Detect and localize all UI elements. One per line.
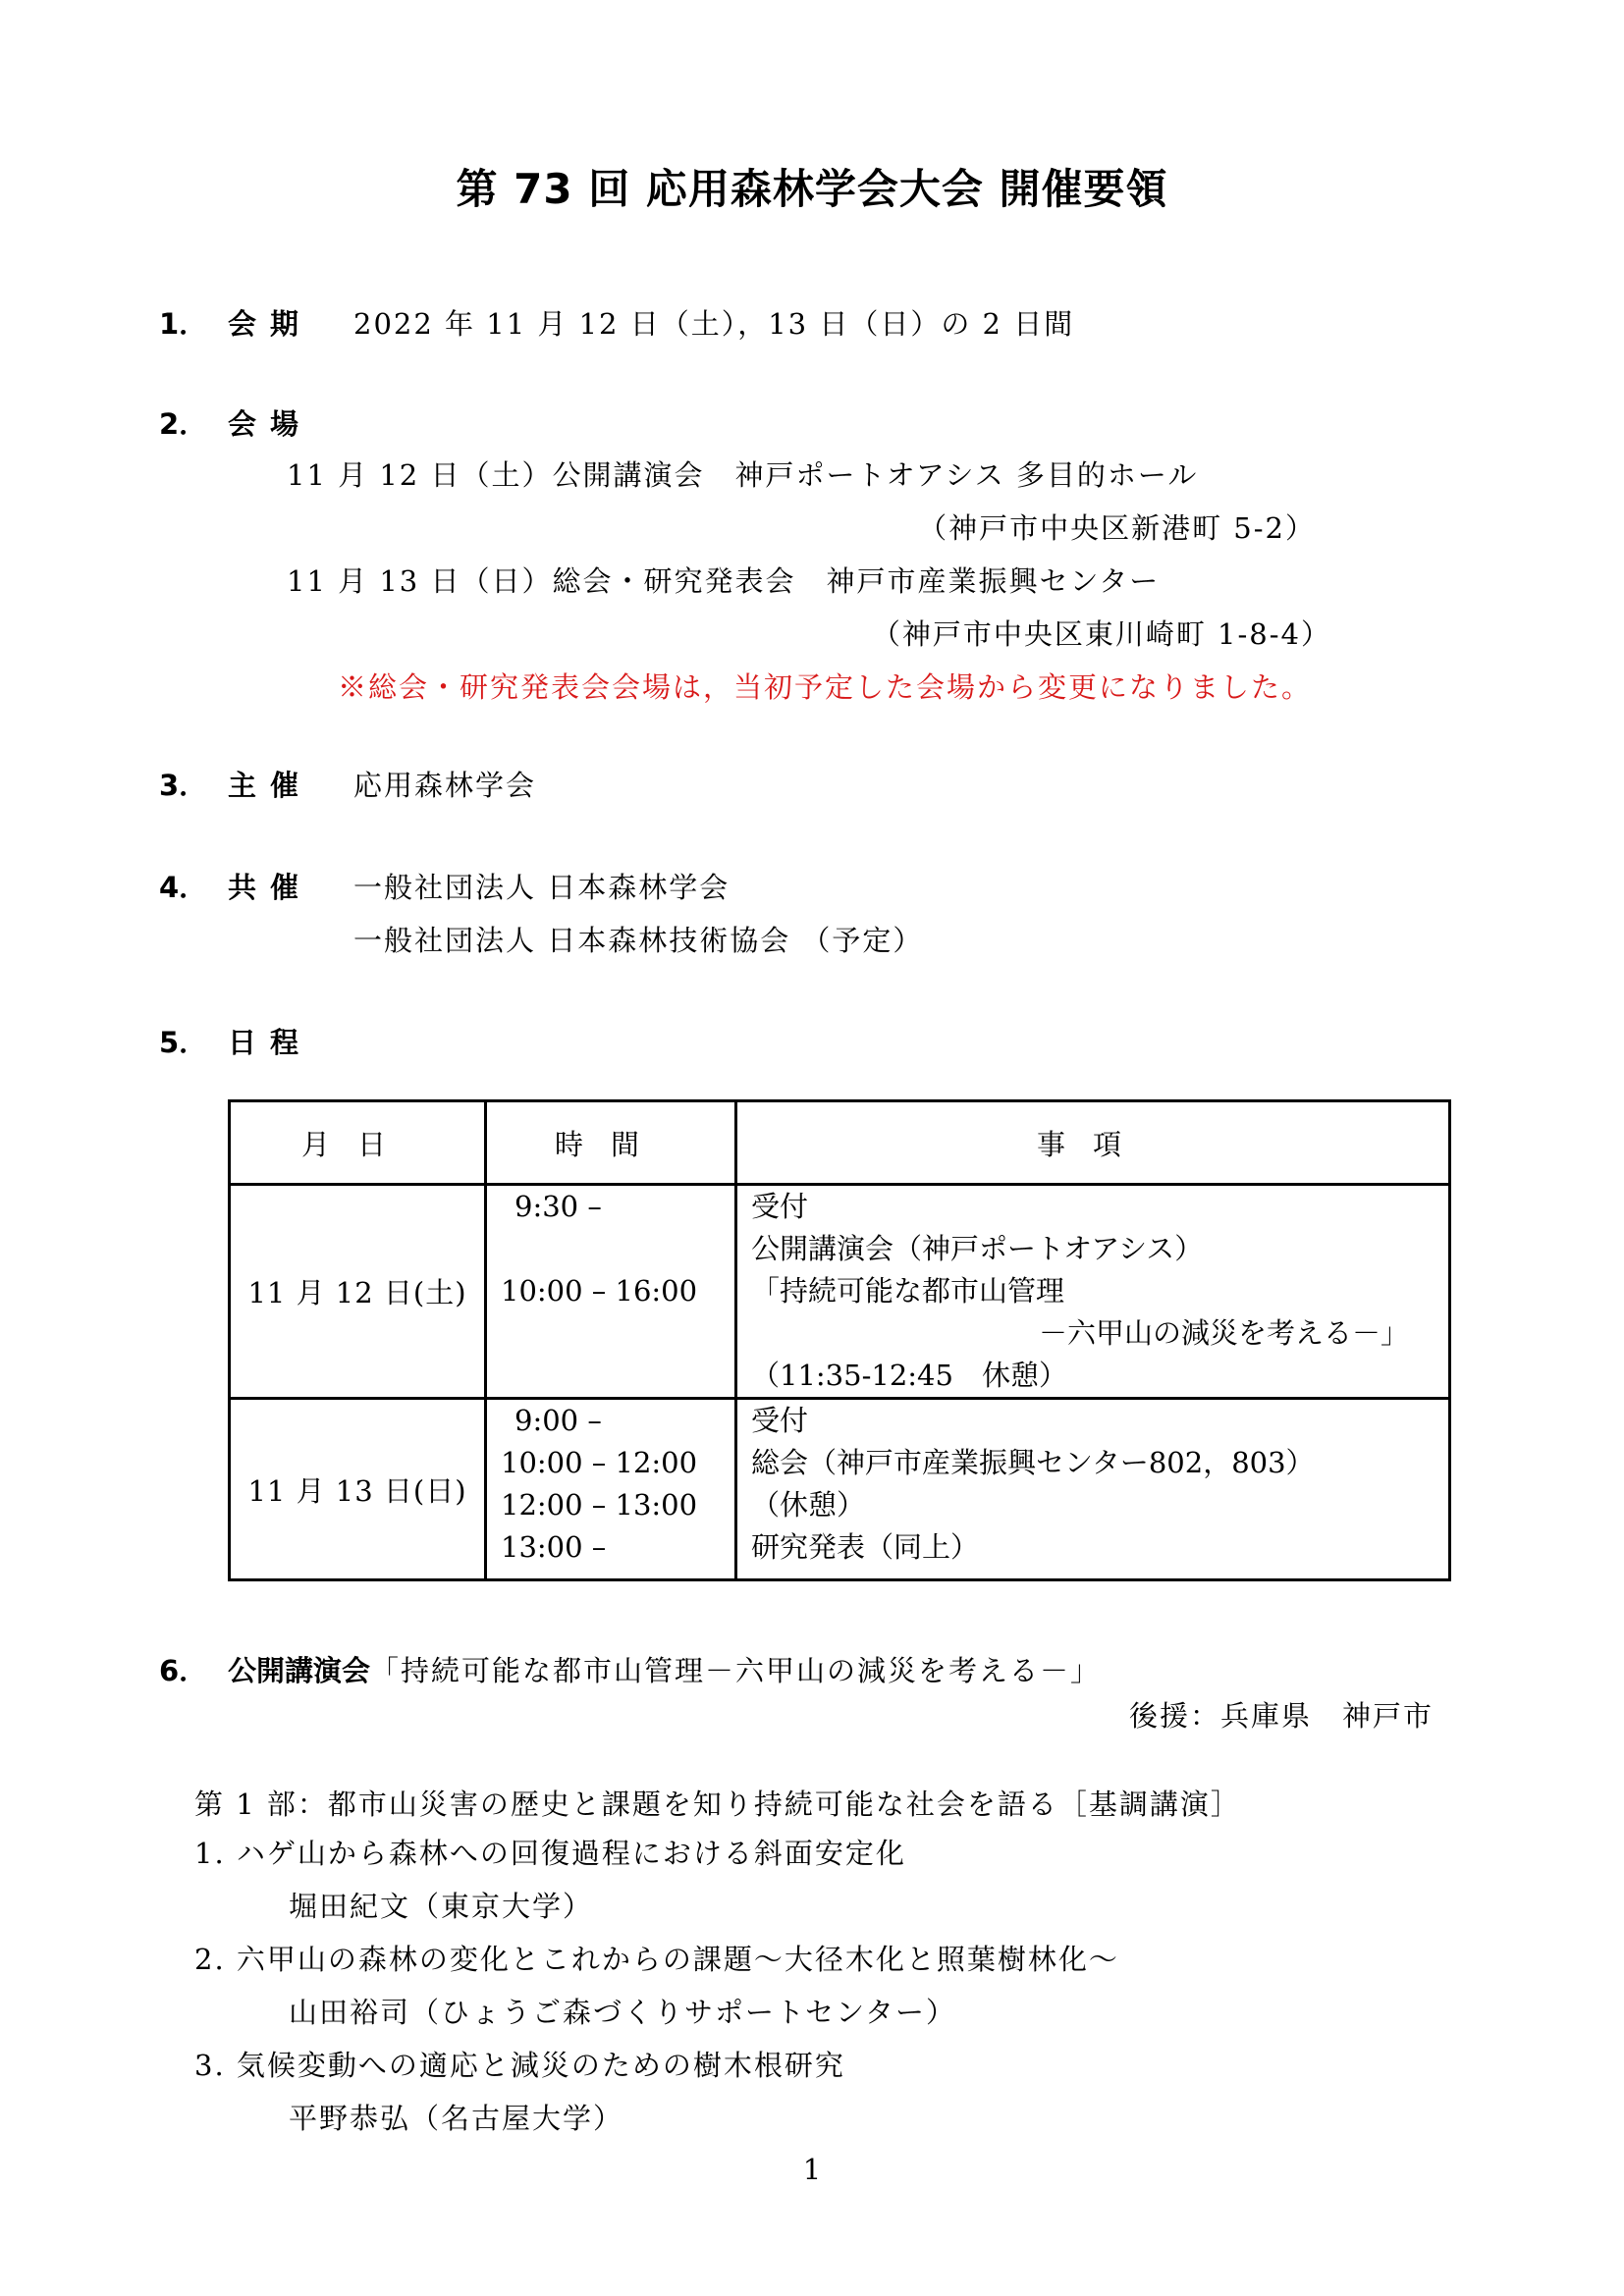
- item-entry: 「持続可能な都市山管理: [751, 1270, 1448, 1312]
- item-entry: （11:35-12:45 休憩）: [751, 1355, 1448, 1397]
- section-2-heading: 2．会場: [159, 402, 312, 443]
- venue-address-2: （神戸市中央区東川崎町 1-8-4）: [0, 613, 1331, 653]
- venue-address-1: （神戸市中央区新港町 5-2）: [0, 507, 1316, 547]
- section-label: 公開講演会: [228, 1654, 370, 1687]
- talk-speaker: 堀田紀文（東京大学）: [289, 1885, 593, 1925]
- section-number: 6．: [159, 1649, 228, 1689]
- item-entry: 受付: [751, 1186, 1448, 1228]
- row-items: 受付 総会（神戸市産業振興センター802，803） （休憩） 研究発表（同上）: [736, 1399, 1450, 1580]
- row-date: 11 月 13 日(日): [230, 1399, 486, 1580]
- time-entry: 12:00 – 13:00: [501, 1484, 734, 1526]
- organizer: 応用森林学会: [353, 769, 536, 802]
- item-entry: 研究発表（同上）: [751, 1526, 1448, 1569]
- section-number: 2．: [159, 402, 228, 443]
- item-entry: 総会（神戸市産業振興センター802，803）: [751, 1442, 1448, 1484]
- venue-change-notice: ※総会・研究発表会会場は，当初予定した会場から変更になりました。: [338, 666, 1312, 706]
- schedule-table: 月日 時間 事項 11 月 12 日(土) 9:30 – 10:00 – 16:…: [228, 1099, 1451, 1581]
- header-date: 月日: [230, 1101, 486, 1185]
- talk-title: 2. 六甲山の森林の変化とこれからの課題～大径木化と照葉樹林化～: [194, 1938, 1119, 1978]
- section-label: 共催: [228, 866, 353, 906]
- venue-line-1: 11 月 12 日（土）公開講演会 神戸ポートオアシス 多目的ホール: [287, 454, 1198, 494]
- row-items: 受付 公開講演会（神戸ポートオアシス） 「持続可能な都市山管理 －六甲山の減災を…: [736, 1185, 1450, 1399]
- page-title: 第 73 回 応用森林学会大会 開催要領: [0, 157, 1624, 216]
- section-number: 5．: [159, 1021, 228, 1061]
- table-row: 11 月 13 日(日) 9:00 – 10:00 – 12:00 12:00 …: [230, 1399, 1450, 1580]
- item-entry: 受付: [751, 1400, 1448, 1442]
- header-item: 事項: [736, 1101, 1450, 1185]
- talk-speaker: 山田裕司（ひょうご森づくりサポートセンター）: [289, 1991, 956, 2031]
- row-date: 11 月 12 日(土): [230, 1185, 486, 1399]
- time-entry: 9:00 –: [501, 1400, 734, 1442]
- section-5-heading: 5．日程: [159, 1021, 312, 1061]
- talk-title: 3. 気候変動への適応と減災のための樹木根研究: [194, 2044, 845, 2084]
- section-number: 4．: [159, 866, 228, 906]
- venue-line-2: 11 月 13 日（日）総会・研究発表会 神戸市産業振興センター: [287, 560, 1160, 600]
- time-entry: 9:30 –: [501, 1186, 734, 1228]
- talk-title: 1. ハゲ山から森林への回復過程における斜面安定化: [194, 1832, 906, 1872]
- section-number: 1．: [159, 302, 228, 343]
- section-number: 3．: [159, 764, 228, 804]
- time-entry: 13:00 –: [501, 1526, 734, 1569]
- table-row: 11 月 12 日(土) 9:30 – 10:00 – 16:00 受付 公開講…: [230, 1185, 1450, 1399]
- table-header-row: 月日 時間 事項: [230, 1101, 1450, 1185]
- section-4: 4．共催一般社団法人 日本森林学会: [159, 866, 730, 906]
- time-entry: 10:00 – 16:00: [501, 1270, 734, 1312]
- section-1: 1．会期2022 年 11 月 12 日（土），13 日（日）の 2 日間: [159, 302, 1074, 343]
- talk-speaker: 平野恭弘（名古屋大学）: [289, 2097, 623, 2137]
- section-label: 主催: [228, 764, 353, 804]
- item-entry: －六甲山の減災を考える－」: [751, 1312, 1448, 1355]
- section-label: 日程: [228, 1021, 312, 1061]
- page-number: 1: [0, 2153, 1624, 2186]
- section-label: 会場: [228, 402, 312, 443]
- row-times: 9:00 – 10:00 – 12:00 12:00 – 13:00 13:00…: [486, 1399, 736, 1580]
- section-label: 会期: [228, 302, 353, 343]
- header-time: 時間: [486, 1101, 736, 1185]
- item-entry: 公開講演会（神戸ポートオアシス）: [751, 1228, 1448, 1270]
- co-organizer-1: 一般社団法人 日本森林学会: [353, 871, 730, 904]
- co-organizer-2: 一般社団法人 日本森林技術協会 （予定）: [353, 919, 923, 959]
- section-3: 3．主催応用森林学会: [159, 764, 536, 804]
- lecture-part-1: 第 1 部：都市山災害の歴史と課題を知り持続可能な社会を語る［基調講演］: [194, 1783, 1241, 1823]
- section-6: 6．公開講演会「持続可能な都市山管理－六甲山の減災を考える－」: [159, 1649, 1101, 1689]
- lecture-title: 「持続可能な都市山管理－六甲山の減災を考える－」: [370, 1654, 1101, 1687]
- time-entry: 10:00 – 12:00: [501, 1442, 734, 1484]
- time-entry: [501, 1228, 734, 1270]
- row-times: 9:30 – 10:00 – 16:00: [486, 1185, 736, 1399]
- item-entry: （休憩）: [751, 1484, 1448, 1526]
- lecture-sponsors: 後援：兵庫県 神戸市: [0, 1694, 1434, 1735]
- session-dates: 2022 年 11 月 12 日（土），13 日（日）の 2 日間: [353, 307, 1074, 341]
